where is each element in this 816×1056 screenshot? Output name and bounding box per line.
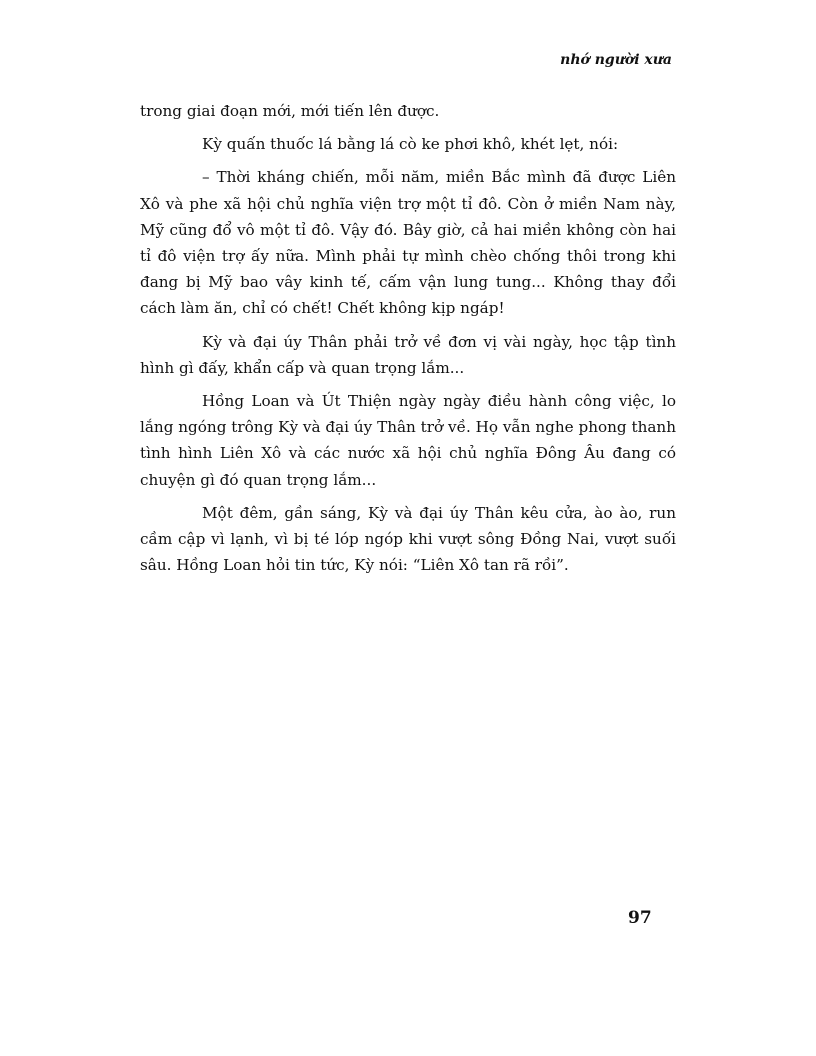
page-number: 97 — [628, 908, 652, 928]
paragraph-dialogue: – Thời kháng chiến, mỗi năm, miền Bắc mì… — [140, 164, 676, 321]
paragraph: Kỳ và đại úy Thân phải trở về đơn vị vài… — [140, 329, 676, 381]
paragraph: Một đêm, gần sáng, Kỳ và đại úy Thân kêu… — [140, 500, 676, 579]
body-text: trong giai đoạn mới, mới tiến lên được. … — [140, 98, 676, 585]
running-header: nhớ người xưa — [560, 52, 672, 68]
paragraph: Kỳ quấn thuốc lá bằng lá cò ke phơi khô,… — [140, 131, 676, 157]
book-page: nhớ người xưa trong giai đoạn mới, mới t… — [0, 0, 816, 1056]
paragraph-continuation: trong giai đoạn mới, mới tiến lên được. — [140, 98, 676, 124]
paragraph: Hồng Loan và Út Thiện ngày ngày điều hàn… — [140, 388, 676, 493]
